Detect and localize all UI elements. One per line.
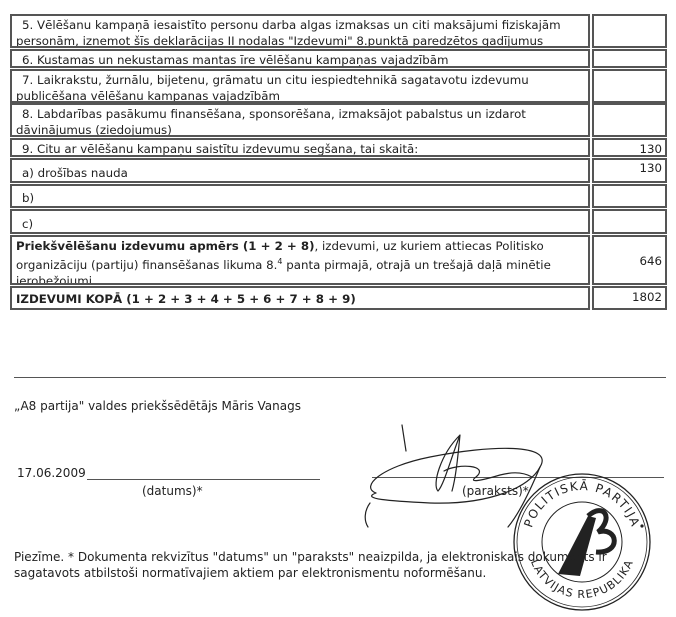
row-value [592,69,667,103]
note-line-1: Piezīme. * Dokumenta rekvizītus "datums"… [14,550,607,564]
party-stamp: POLITISKĀ PARTIJA LATVIJAS REPUBLIKA [510,472,655,612]
signer-name: „A8 partija" valdes priekšsēdētājs Māris… [14,399,301,413]
row-value [592,209,667,234]
table-row: c) [10,209,667,234]
label-text: 5. Vēlēšanu kampaņā iesaistīto personu d… [16,17,584,33]
date-line [87,479,320,480]
row-label: 7. Laikrakstu, žurnālu, bijetenu, grāmat… [10,69,590,103]
row-label: 8. Labdarības pasākumu finansēšana, spon… [10,103,590,137]
a8-logo-icon [558,511,614,576]
label-text: organizāciju (partiju) finansēšanas liku… [16,258,277,272]
row-value: 1802 [592,286,667,310]
label-text: dāvinājumus (ziedojumus) [16,122,584,137]
svg-text:POLITISKĀ PARTIJA: POLITISKĀ PARTIJA [521,479,642,529]
table-row: 8. Labdarības pasākumu finansēšana, spon… [10,103,667,137]
table-row: 9. Citu ar vēlēšanu kampaņu saistītu izd… [10,138,667,157]
table-row: a) drošības nauda 130 [10,158,667,183]
row-label: a) drošības nauda [10,158,590,183]
row-value: 130 [592,138,667,157]
label-text: , izdevumi, uz kuriem attiecas Politisko [315,239,544,253]
label-text: 7. Laikrakstu, žurnālu, bijetenu, grāmat… [16,72,584,88]
row-label: b) [10,184,590,208]
row-label: Priekšvēlēšanu izdevumu apmērs (1 + 2 + … [10,235,590,285]
table-row: 5. Vēlēšanu kampaņā iesaistīto personu d… [10,14,667,48]
label-text: 8. Labdarības pasākumu finansēšana, spon… [16,106,584,122]
row-label: 9. Citu ar vēlēšanu kampaņu saistītu izd… [10,138,590,157]
label-bold-text: IZDEVUMI KOPĀ (1 + 2 + 3 + 4 + 5 + 6 + 7… [16,291,584,307]
row-value [592,14,667,48]
table-row: Priekšvēlēšanu izdevumu apmērs (1 + 2 + … [10,235,667,285]
row-label: c) [10,209,590,234]
separator-line [14,377,666,378]
row-value [592,103,667,137]
row-value [592,49,667,68]
label-text: panta pirmajā, otrajā un trešajā daļā mi… [283,258,551,272]
table-row: 7. Laikrakstu, žurnālu, bijetenu, grāmat… [10,69,667,103]
row-label: 5. Vēlēšanu kampaņā iesaistīto personu d… [10,14,590,48]
row-label: IZDEVUMI KOPĀ (1 + 2 + 3 + 4 + 5 + 6 + 7… [10,286,590,310]
label-text: 6. Kustamas un nekustamas mantas īre vēl… [16,52,584,68]
label-bold-text: Priekšvēlēšanu izdevumu apmērs (1 + 2 + … [16,239,315,253]
table-row: 6. Kustamas un nekustamas mantas īre vēl… [10,49,667,68]
stamp-top-text: POLITISKĀ PARTIJA [521,479,642,529]
row-label: 6. Kustamas un nekustamas mantas īre vēl… [10,49,590,68]
date-value: 17.06.2009 [17,466,86,480]
label-text: b) [16,190,584,206]
table-row: b) [10,184,667,208]
note-line-2: sagatavots atbilstoši normatīvajiem akti… [14,566,486,580]
table-row-total: IZDEVUMI KOPĀ (1 + 2 + 3 + 4 + 5 + 6 + 7… [10,286,667,310]
label-text: 9. Citu ar vēlēšanu kampaņu saistītu izd… [16,141,584,157]
label-text: ierobežojumi [16,273,584,285]
row-value [592,184,667,208]
row-value: 646 [592,235,667,285]
row-value: 130 [592,158,667,183]
label-text: publicēšana vēlēšanu kampaņas vajadzībām [16,88,584,103]
label-text: a) drošības nauda [16,165,584,181]
label-text: c) [16,216,584,232]
label-text: personām, izņemot šīs deklarācijas II no… [16,33,584,48]
date-caption: (datums)* [142,484,203,498]
